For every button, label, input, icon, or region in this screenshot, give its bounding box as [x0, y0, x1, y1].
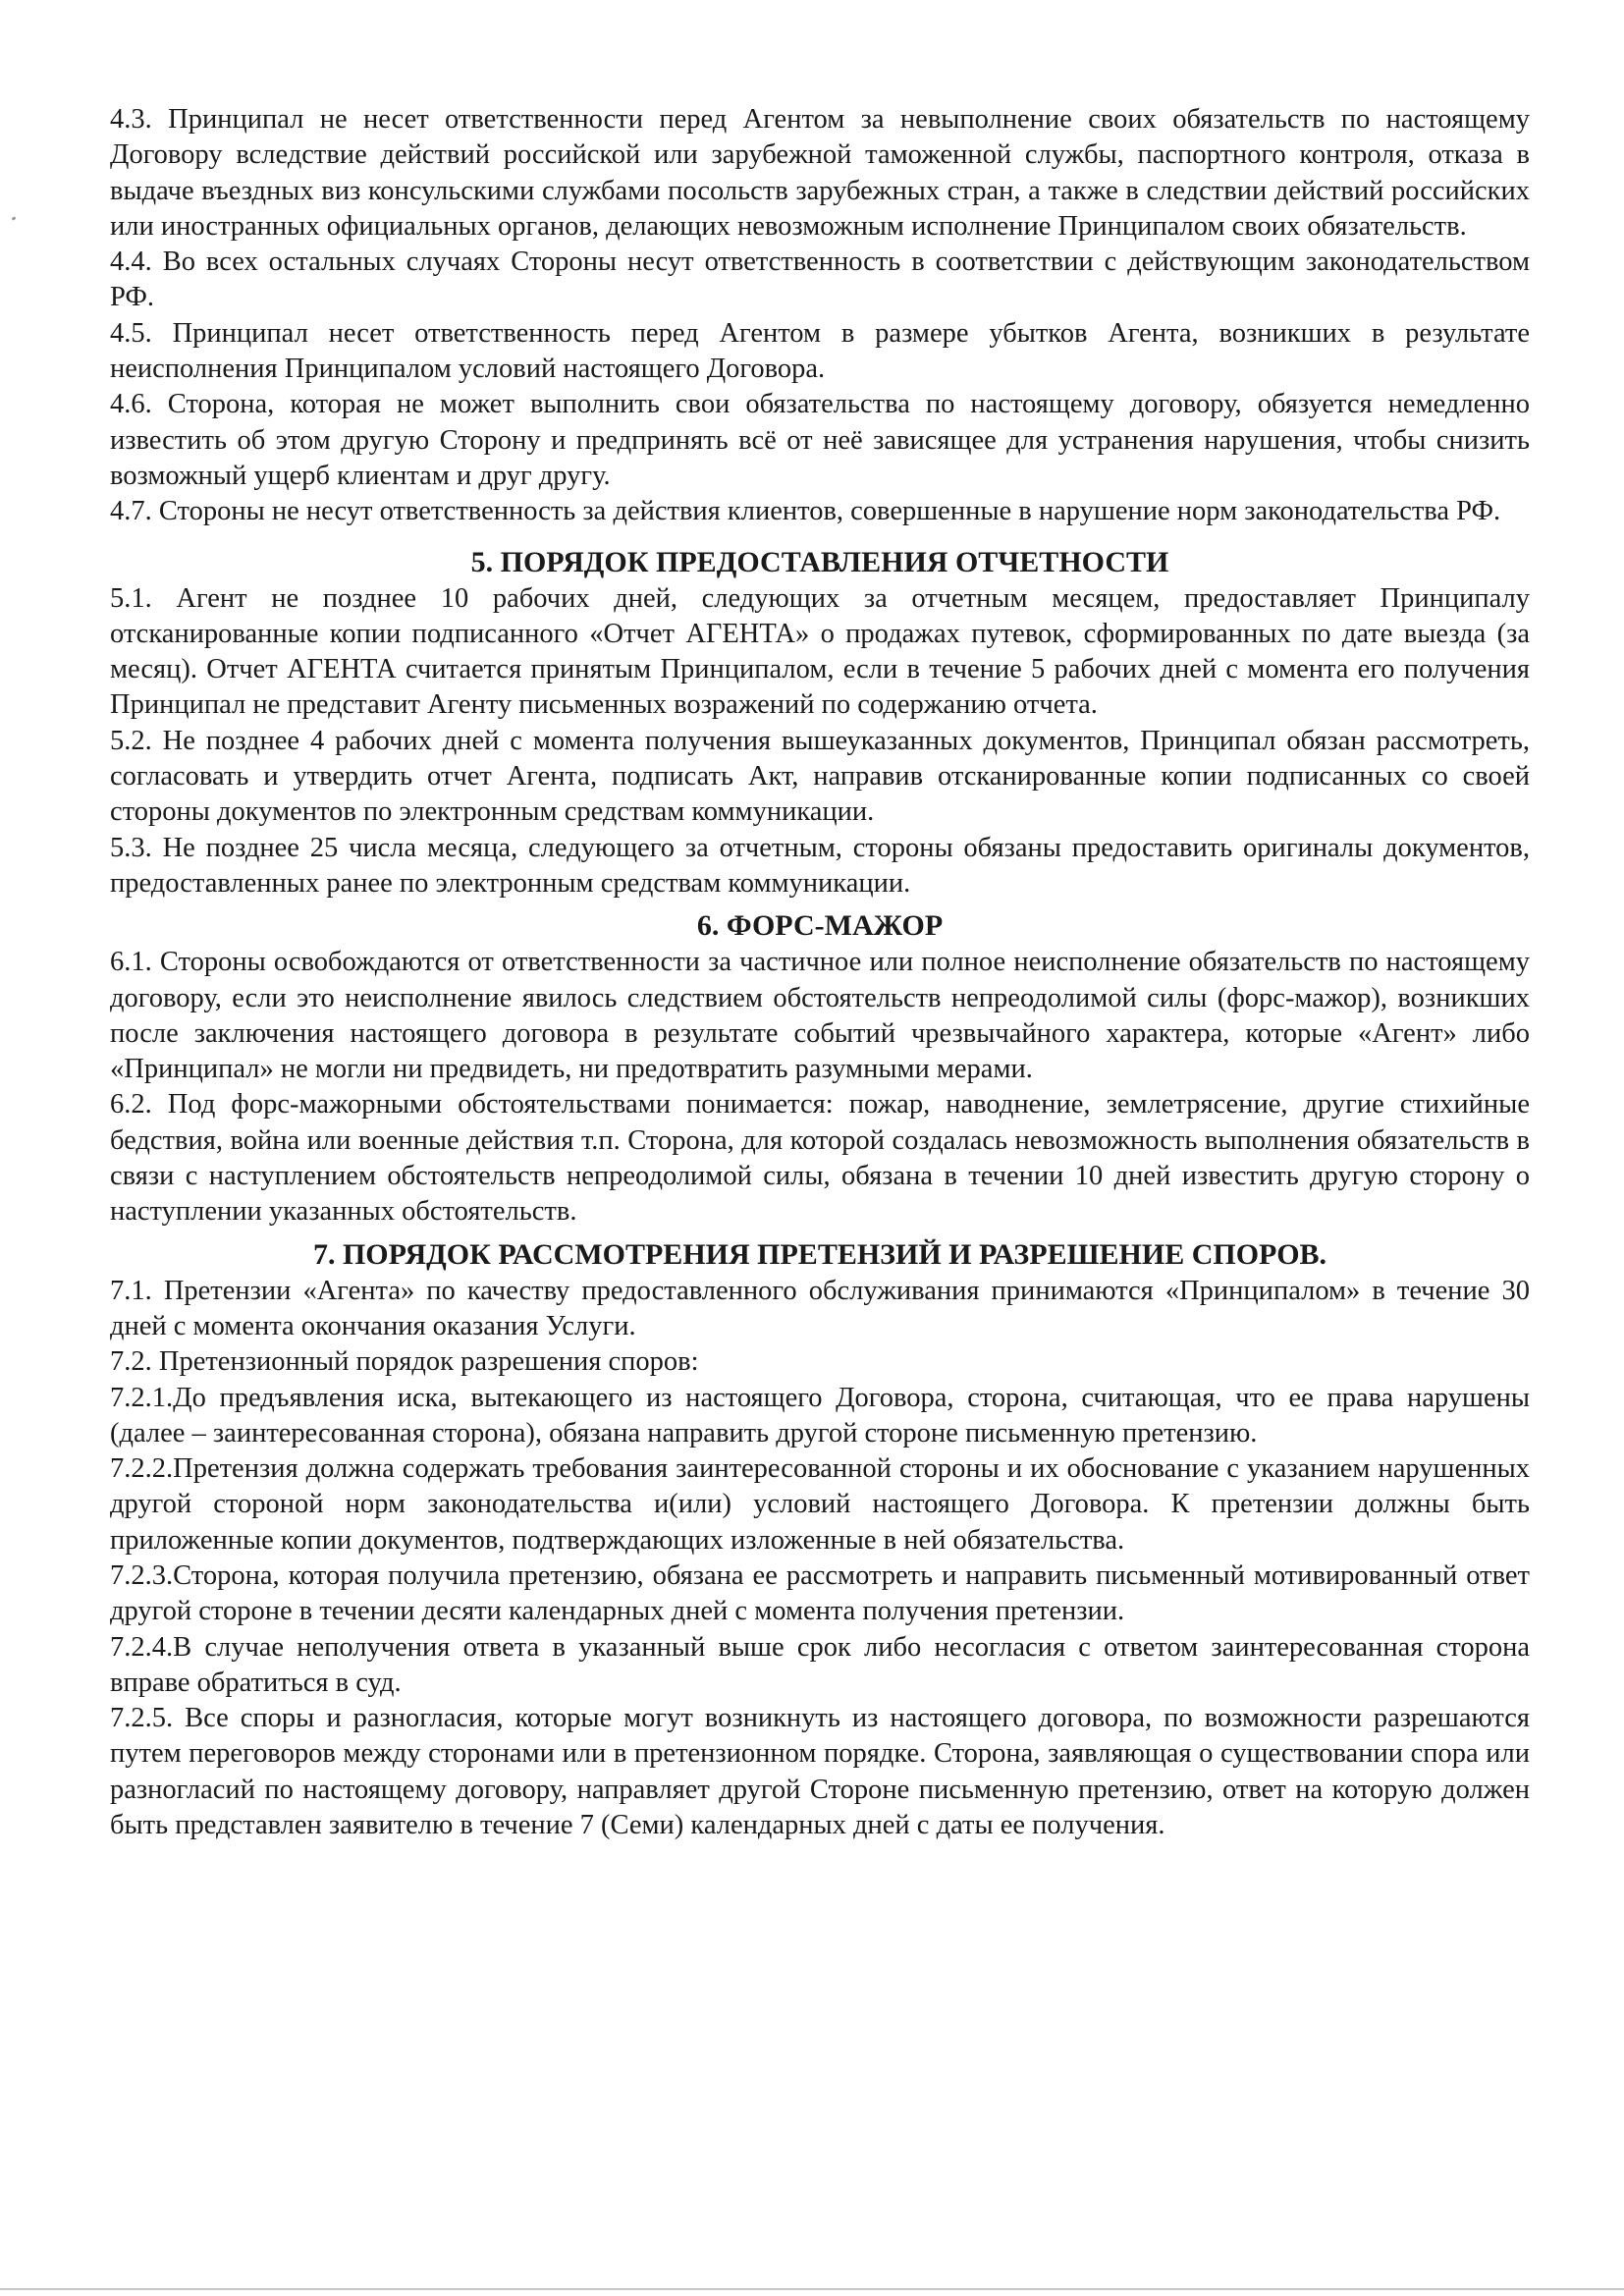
clause-5-3: 5.3. Не позднее 25 числа месяца, следующ… [110, 831, 1530, 902]
section-5-heading: 5. ПОРЯДОК ПРЕДОСТАВЛЕНИЯ ОТЧЕТНОСТИ [110, 544, 1530, 581]
section-7-claims-disputes: 7. ПОРЯДОК РАССМОТРЕНИЯ ПРЕТЕНЗИЙ И РАЗР… [110, 1236, 1530, 1844]
clause-4-5: 4.5. Принципал несет ответственность пер… [110, 316, 1530, 388]
clause-4-7: 4.7. Стороны не несут ответственность за… [110, 494, 1530, 529]
clause-4-6: 4.6. Сторона, которая не может выполнить… [110, 387, 1530, 494]
clause-5-2: 5.2. Не позднее 4 рабочих дней с момента… [110, 724, 1530, 831]
clause-7-2-3: 7.2.3.Сторона, которая получила претензи… [110, 1558, 1530, 1630]
clause-7-2: 7.2. Претензионный порядок разрешения сп… [110, 1344, 1530, 1380]
clause-7-1: 7.1. Претензии «Агента» по качеству пред… [110, 1274, 1530, 1345]
clause-4-4: 4.4. Во всех остальных случаях Стороны н… [110, 245, 1530, 316]
section-6-force-majeure: 6. ФОРС-МАЖОР 6.1. Стороны освобождаются… [110, 907, 1530, 1230]
section-6-heading: 6. ФОРС-МАЖОР [110, 907, 1530, 945]
section-5-reporting: 5. ПОРЯДОК ПРЕДОСТАВЛЕНИЯ ОТЧЕТНОСТИ 5.1… [110, 544, 1530, 902]
clause-7-2-2: 7.2.2.Претензия должна содержать требова… [110, 1451, 1530, 1558]
spacer [110, 530, 1530, 544]
clause-4-3: 4.3. Принципал не несет ответственности … [110, 102, 1530, 245]
clause-7-2-1: 7.2.1.До предъявления иска, вытекающего … [110, 1381, 1530, 1452]
clause-6-2: 6.2. Под форс-мажорными обстоятельствами… [110, 1087, 1530, 1230]
clause-7-2-4: 7.2.4.В случае неполучения ответа в указ… [110, 1630, 1530, 1702]
scan-artifact-mark [12, 216, 17, 221]
clause-5-1: 5.1. Агент не позднее 10 рабочих дней, с… [110, 581, 1530, 724]
document-page: 4.3. Принципал не несет ответственности … [110, 102, 1530, 1843]
clause-6-1: 6.1. Стороны освобождаются от ответствен… [110, 945, 1530, 1087]
section-7-heading: 7. ПОРЯДОК РАССМОТРЕНИЯ ПРЕТЕНЗИЙ И РАЗР… [110, 1236, 1530, 1274]
section-4-liability: 4.3. Принципал не несет ответственности … [110, 102, 1530, 530]
scan-bottom-edge-line [0, 2288, 1624, 2290]
clause-7-2-5: 7.2.5. Все споры и разногласия, которые … [110, 1701, 1530, 1843]
